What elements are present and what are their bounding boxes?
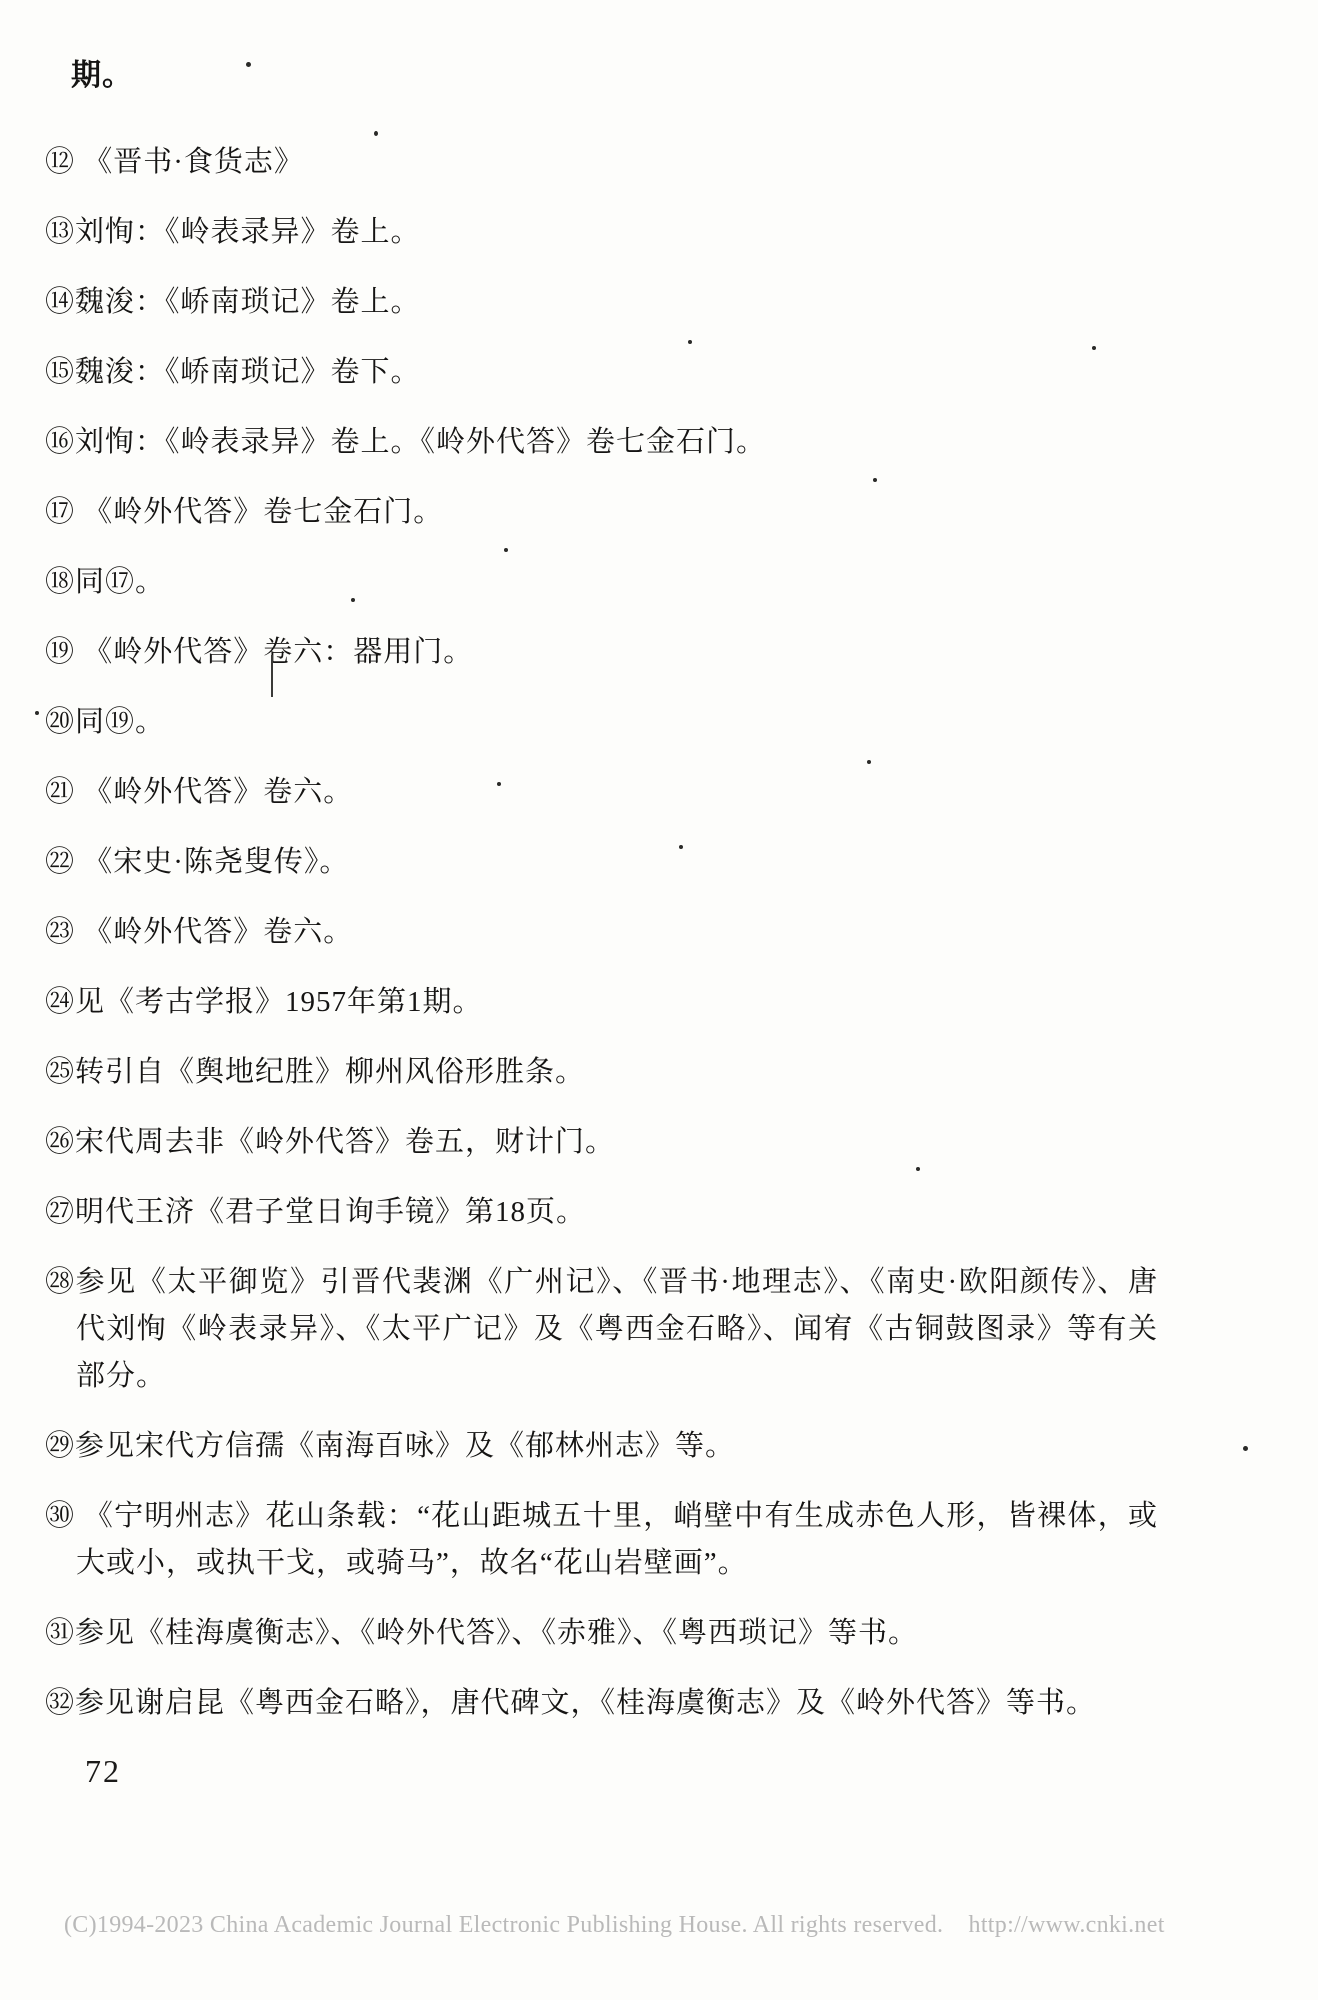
scan-speck: [261, 217, 265, 221]
scan-speck: [679, 845, 683, 849]
footnote-26: ㉖宋代周去非《岭外代答》卷五，财计门。: [45, 1119, 1158, 1166]
scanned-document-page: 期。 ⑫ 《晋书·食货志》 ⑬刘恂：《岭表录异》卷上。 ⑭魏浚：《峤南琐记》卷上…: [0, 0, 1318, 2000]
footnote-20: ⑳同⑲。: [45, 699, 1158, 746]
scan-speck: [351, 598, 355, 602]
footnote-31: ㉛参见《桂海虞衡志》、《岭外代答》、《赤雅》、《粤西琐记》等书。: [45, 1610, 1158, 1657]
footnote-23: ㉓ 《岭外代答》卷六。: [45, 909, 1158, 956]
footnote-16: ⑯刘恂：《岭表录异》卷上。《岭外代答》卷七金石门。: [45, 419, 1158, 466]
footnote-12: ⑫ 《晋书·食货志》: [45, 139, 1158, 186]
footnote-32: ㉜参见谢启昆《粤西金石略》，唐代碑文，《桂海虞衡志》及《岭外代答》等书。: [45, 1680, 1158, 1727]
scan-speck: [867, 760, 871, 764]
scan-speck: [497, 782, 501, 786]
footnote-24: ㉔见《考古学报》1957年第1期。: [45, 979, 1158, 1026]
scan-speck: [873, 478, 877, 482]
footnote-13: ⑬刘恂：《岭表录异》卷上。: [45, 209, 1158, 256]
footnote-17: ⑰ 《岭外代答》卷七金石门。: [45, 489, 1158, 536]
page-number: 72: [45, 1753, 1158, 1790]
scan-hairline: [271, 655, 273, 697]
scan-speck: [688, 340, 692, 344]
scan-speck: [35, 711, 39, 715]
footnote-19: ⑲ 《岭外代答》卷六：器用门。: [45, 629, 1158, 676]
footnote-21: ㉑ 《岭外代答》卷六。: [45, 769, 1158, 816]
continuation-line: 期。: [45, 52, 1158, 99]
footnote-27: ㉗明代王济《君子堂日询手镜》第18页。: [45, 1189, 1158, 1236]
scan-speck: [1092, 346, 1096, 350]
footnote-29: ㉙参见宋代方信孺《南海百咏》及《郁林州志》等。: [45, 1423, 1158, 1470]
footnote-15: ⑮魏浚：《峤南琐记》卷下。: [45, 349, 1158, 396]
scan-speck: [374, 131, 378, 136]
footnote-18: ⑱同⑰。: [45, 559, 1158, 606]
scan-speck: [916, 1167, 920, 1171]
footnote-25: ㉕转引自《舆地纪胜》柳州风俗形胜条。: [45, 1049, 1158, 1096]
scan-speck: [1243, 1446, 1248, 1451]
scan-speck: [246, 62, 251, 67]
footnote-14: ⑭魏浚：《峤南琐记》卷上。: [45, 279, 1158, 326]
footnote-30: ㉚ 《宁明州志》花山条载：“花山距城五十里，峭壁中有生成赤色人形，皆裸体，或大或…: [45, 1493, 1158, 1587]
footnote-22: ㉒ 《宋史·陈尧叟传》。: [45, 839, 1158, 886]
footnote-28: ㉘参见《太平御览》引晋代裴渊《广州记》、《晋书·地理志》、《南史·欧阳颜传》、唐…: [45, 1259, 1158, 1400]
scan-speck: [504, 548, 508, 552]
copyright-footer: (C)1994-2023 China Academic Journal Elec…: [64, 1912, 1165, 1939]
